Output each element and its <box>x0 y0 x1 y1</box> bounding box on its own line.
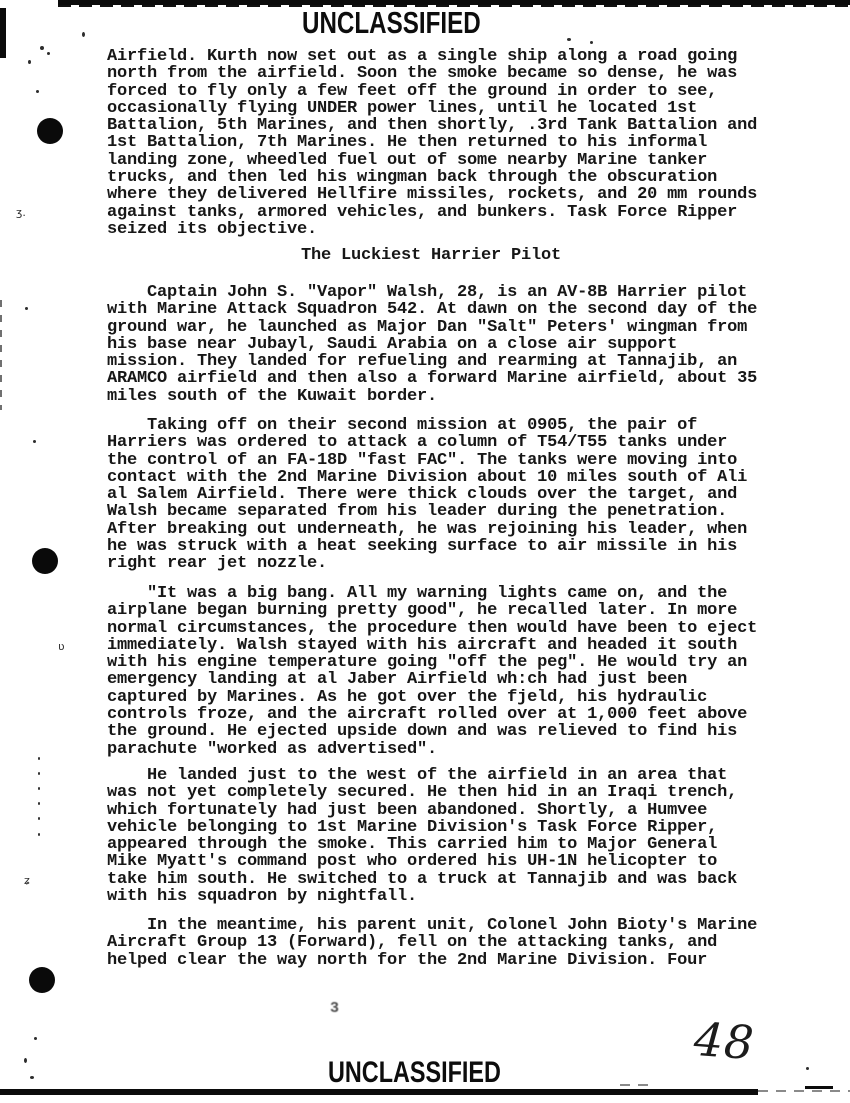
bottom-border-line-dashes <box>758 1090 850 1092</box>
scan-speck <box>567 38 571 41</box>
bottom-right-dash <box>805 1086 833 1089</box>
scan-speck <box>38 787 40 790</box>
scan-speck <box>47 52 50 55</box>
scan-speck <box>36 90 39 93</box>
page-number: 3 <box>330 1000 339 1017</box>
hole-punch-mark <box>32 548 58 574</box>
bottom-line-stray-dashes <box>620 1084 650 1086</box>
scan-speck <box>30 1076 34 1079</box>
scan-speck <box>82 32 85 37</box>
scan-speck <box>38 757 40 760</box>
margin-smudge: ʑ <box>24 874 30 887</box>
scan-speck <box>590 41 593 44</box>
footer-classification: UNCLASSIFIED <box>328 1056 501 1090</box>
margin-smudge: ʒ. <box>16 206 26 219</box>
scan-speck <box>38 817 40 820</box>
scan-speck <box>25 307 28 310</box>
scan-speck <box>38 833 40 836</box>
scan-speck <box>24 1058 27 1063</box>
margin-smudge: ʋ <box>58 640 65 653</box>
hole-punch-mark <box>29 967 55 993</box>
hole-punch-mark <box>37 118 63 144</box>
scanned-document-page: { "page": { "header_classification": "UN… <box>0 0 850 1103</box>
bottom-border-line <box>0 1089 758 1095</box>
scan-speck <box>38 772 40 775</box>
scan-speck <box>34 1037 37 1040</box>
paragraph: Airfield. Kurth now set out as a single … <box>107 48 757 238</box>
paragraph: Captain John S. "Vapor" Walsh, 28, is an… <box>107 284 757 405</box>
paragraph: Taking off on their second mission at 09… <box>107 417 747 573</box>
left-edge-dashed-line <box>0 300 2 410</box>
scan-speck <box>33 440 36 443</box>
handwritten-page-number: 48 <box>692 1012 756 1070</box>
scan-speck <box>38 802 40 805</box>
section-heading: The Luckiest Harrier Pilot <box>301 247 561 264</box>
paragraph: He landed just to the west of the airfie… <box>107 767 737 905</box>
scan-speck <box>806 1067 809 1070</box>
scan-speck <box>40 46 44 50</box>
header-classification: UNCLASSIFIED <box>302 5 481 41</box>
paragraph: In the meantime, his parent unit, Colone… <box>107 917 757 969</box>
left-edge-bar <box>0 8 6 58</box>
scan-speck <box>28 60 31 64</box>
paragraph: "It was a big bang. All my warning light… <box>107 585 757 758</box>
